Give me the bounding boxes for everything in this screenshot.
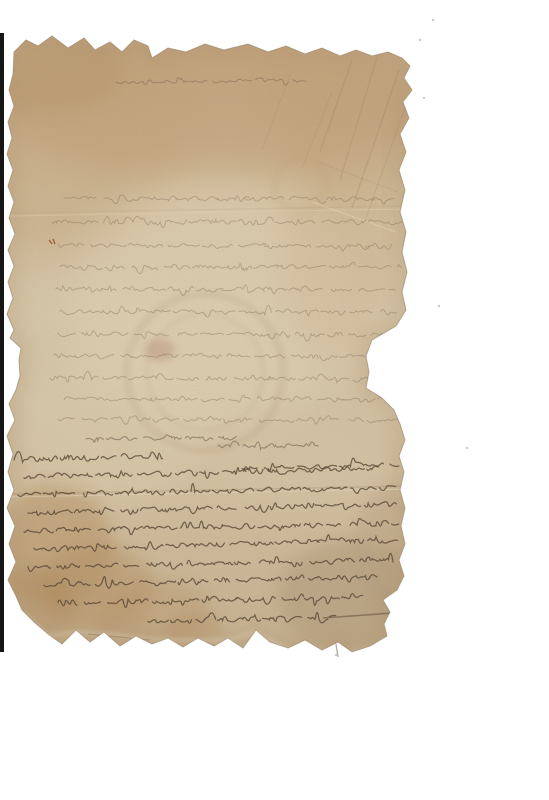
scanner-edge-strip: [0, 33, 4, 652]
scan-canvas: [0, 0, 549, 800]
dust-speck: [438, 305, 440, 307]
dust-speck: [335, 654, 337, 656]
dust-speck: [432, 19, 434, 21]
dust-speck: [419, 39, 421, 41]
dust-speck: [466, 447, 468, 449]
dust-speck: [423, 97, 425, 99]
manuscript-scan: [0, 0, 549, 800]
